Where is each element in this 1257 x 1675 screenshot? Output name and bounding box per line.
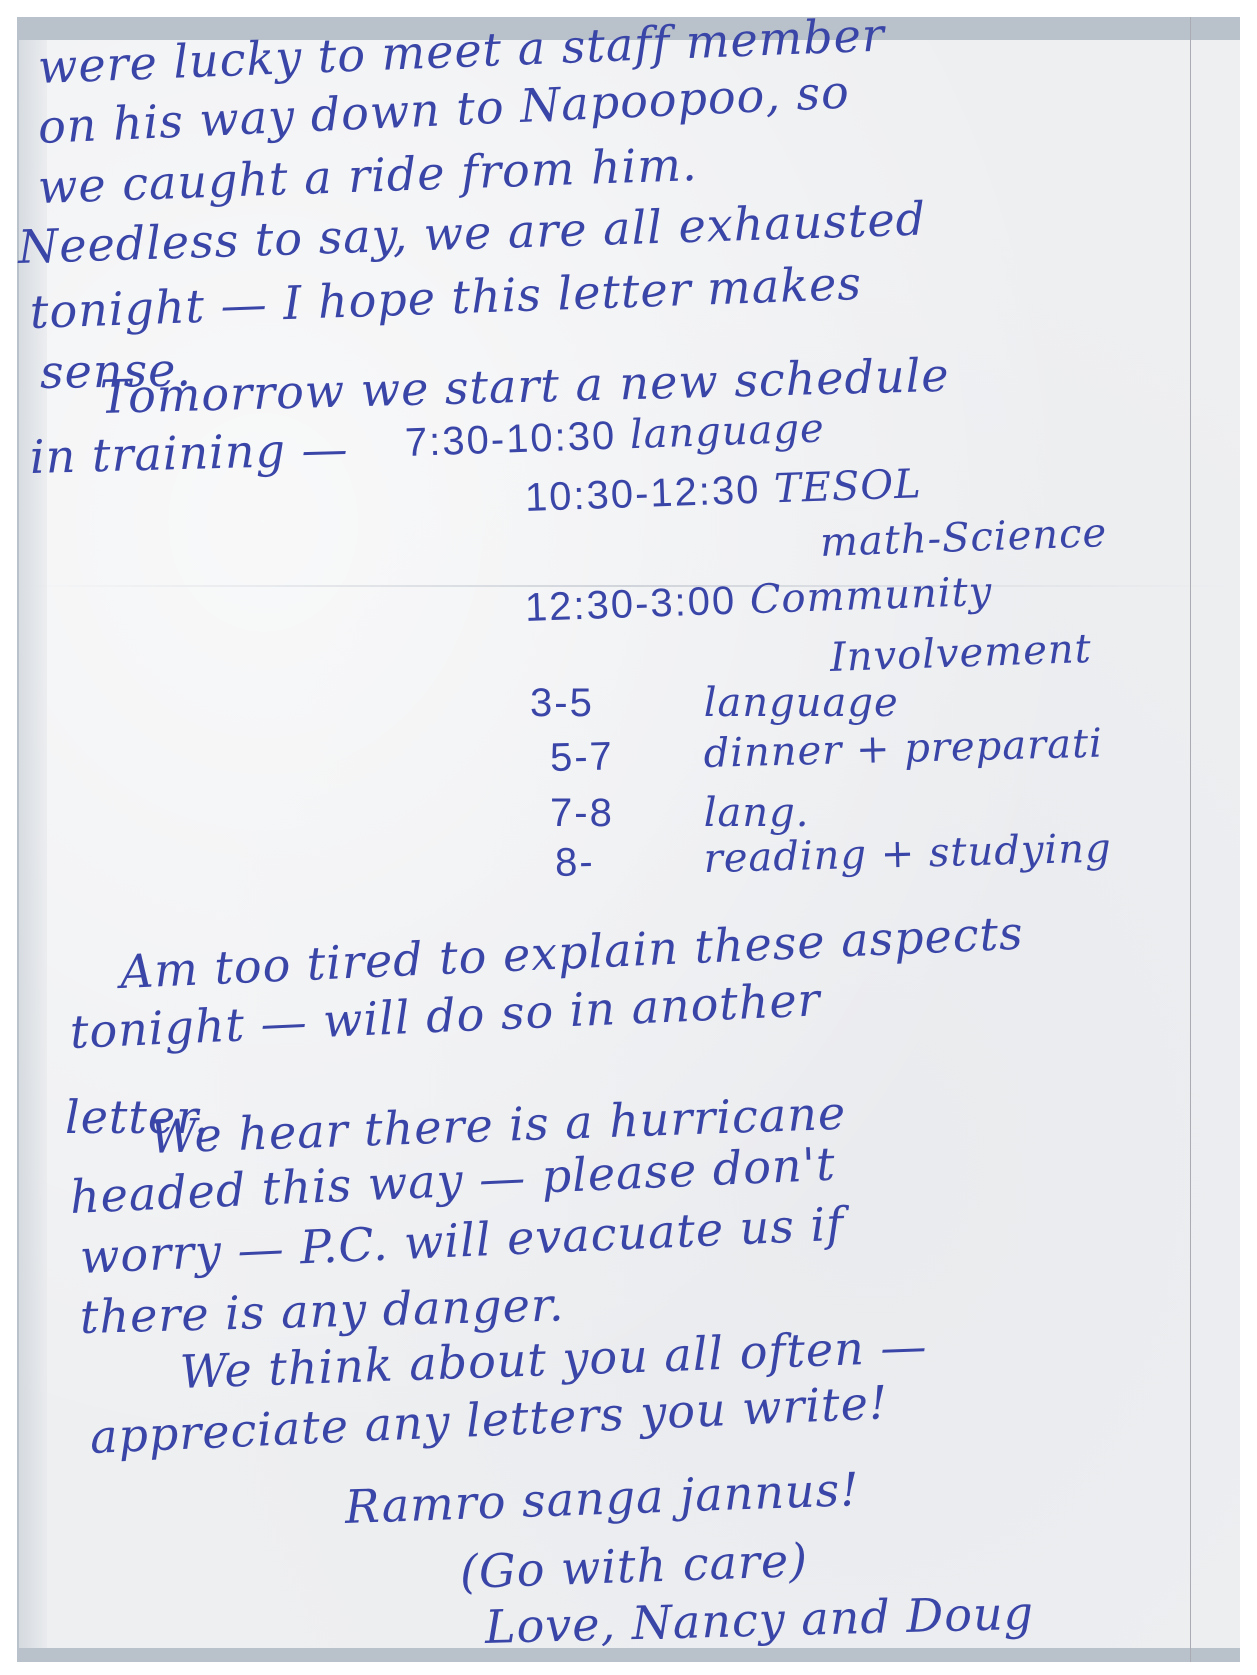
- margin-line: [1190, 17, 1191, 1662]
- schedule-time: 7-8: [550, 791, 690, 836]
- schedule-time: 8-: [554, 837, 690, 886]
- letter-line: in training —: [29, 422, 349, 484]
- schedule-time: 3-5: [530, 681, 690, 726]
- schedule-activity: Community: [749, 569, 993, 623]
- schedule-activity: language: [704, 680, 899, 726]
- schedule-time: 12:30-3:00: [524, 579, 737, 630]
- paper-left-edge-shadow: [19, 40, 47, 1648]
- schedule-activity-continued: Involvement: [829, 626, 1092, 681]
- schedule-row: 7-8 lang.: [550, 790, 809, 836]
- schedule-activity: lang.: [704, 790, 810, 836]
- schedule-time: 10:30-12:30: [524, 468, 761, 520]
- schedule-time: 7:30-10:30: [404, 414, 617, 465]
- schedule-time: 5-7: [549, 732, 690, 781]
- schedule-activity: language: [629, 405, 825, 458]
- schedule-row: 3-5 language: [530, 680, 899, 726]
- schedule-activity: TESOL: [773, 461, 922, 512]
